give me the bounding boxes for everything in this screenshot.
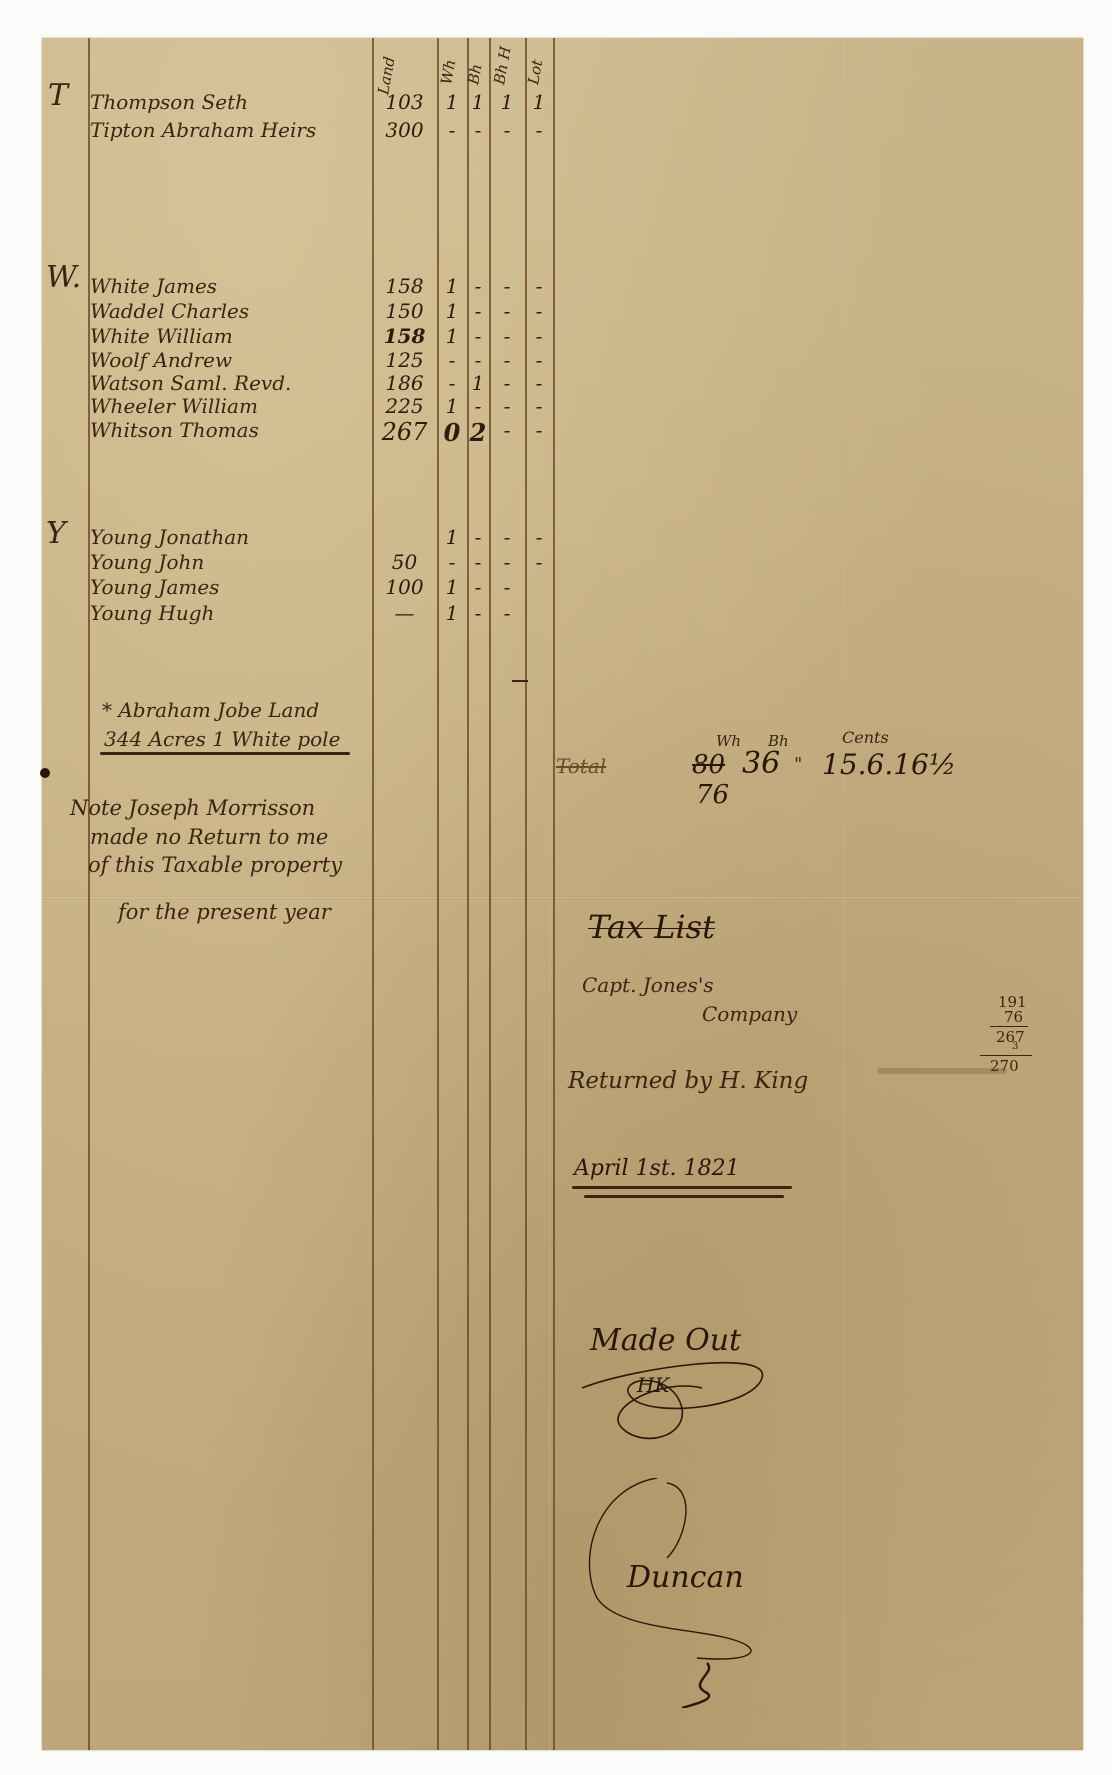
entry-name: Thompson Seth bbox=[90, 90, 320, 114]
note-line3: of this Taxable property bbox=[88, 853, 342, 877]
entry-bhh: - bbox=[489, 575, 525, 599]
note-line4: for the present year bbox=[118, 900, 331, 924]
entry-lot: - bbox=[525, 274, 553, 298]
entry-bhh: - bbox=[489, 525, 525, 549]
land-note-line1: * Abraham Jobe Land bbox=[102, 698, 319, 722]
entry-wh: 1 bbox=[437, 601, 467, 625]
entry-bh: - bbox=[467, 575, 489, 599]
entry-lot: - bbox=[525, 324, 553, 348]
entry-name: White James bbox=[90, 274, 320, 298]
entry-land: 300 bbox=[372, 118, 437, 142]
end-column-rule bbox=[553, 38, 555, 1750]
entry-bh: - bbox=[467, 324, 489, 348]
docket-line2: Company bbox=[702, 1002, 797, 1026]
docket-date: April 1st. 1821 bbox=[574, 1156, 740, 1181]
entry-bh: - bbox=[467, 348, 489, 372]
docket-line1: Capt. Jones's bbox=[582, 973, 714, 997]
section-letter-w: W. bbox=[46, 260, 81, 295]
total-cents-value: 15.6.16½ bbox=[822, 748, 956, 781]
entry-bhh: - bbox=[489, 550, 525, 574]
column-header-lot: Lot bbox=[524, 58, 546, 86]
entry-land: 103 bbox=[372, 90, 437, 114]
entry-lot: - bbox=[525, 550, 553, 574]
land-note-line2: 344 Acres 1 White pole bbox=[104, 727, 340, 751]
margin-sum-c: 3 bbox=[1012, 1041, 1018, 1052]
note-line1: Note Joseph Morrisson bbox=[70, 796, 315, 820]
ink-blot bbox=[40, 768, 50, 778]
entry-bhh: - bbox=[489, 299, 525, 323]
entry-lot: 1 bbox=[525, 90, 553, 114]
entry-wh: 1 bbox=[437, 274, 467, 298]
entry-wh: 1 bbox=[437, 525, 467, 549]
entry-land: 225 bbox=[372, 394, 437, 418]
column-header-wh: Wh bbox=[437, 58, 459, 86]
column-header-bhh: Bh H bbox=[490, 45, 514, 86]
faded-strike-mark bbox=[877, 1068, 1007, 1074]
entry-land: 158 bbox=[372, 274, 437, 298]
entry-lot: - bbox=[525, 348, 553, 372]
sum-line-1 bbox=[990, 1026, 1028, 1027]
entry-wh: 1 bbox=[437, 90, 467, 114]
land-note-underline bbox=[100, 752, 350, 755]
entry-land: 267 bbox=[372, 418, 437, 446]
entry-name: Wheeler William bbox=[90, 394, 320, 418]
total-separator: " bbox=[794, 754, 802, 775]
entry-bh: 1 bbox=[467, 371, 489, 395]
horizontal-fold bbox=[42, 896, 1083, 899]
entry-name: Whitson Thomas bbox=[90, 418, 320, 442]
entry-lot: - bbox=[525, 371, 553, 395]
entry-wh: 1 bbox=[437, 394, 467, 418]
margin-sum-subtotal: 267 bbox=[996, 1028, 1025, 1046]
flourish-initials-icon bbox=[572, 1348, 812, 1458]
entry-wh: - bbox=[437, 118, 467, 142]
docket-title: Tax List bbox=[588, 908, 715, 946]
column-header-bh: Bh bbox=[464, 63, 485, 86]
entry-bhh: - bbox=[489, 118, 525, 142]
entry-lot: - bbox=[525, 525, 553, 549]
entry-lot: - bbox=[525, 299, 553, 323]
total-header-cents: Cents bbox=[842, 728, 889, 747]
entry-wh: - bbox=[437, 550, 467, 574]
entry-bhh: - bbox=[489, 348, 525, 372]
entry-bh: - bbox=[467, 394, 489, 418]
entry-bhh: - bbox=[489, 394, 525, 418]
entry-wh: 1 bbox=[437, 299, 467, 323]
total-header-wh: Wh bbox=[716, 732, 741, 750]
note-line2: made no Return to me bbox=[90, 825, 328, 849]
docket-returned-by: Returned by H. King bbox=[568, 1068, 808, 1094]
entry-land: 186 bbox=[372, 371, 437, 395]
vertical-fold-right bbox=[842, 38, 845, 1750]
entry-lot: - bbox=[525, 118, 553, 142]
signature-name: Duncan bbox=[627, 1560, 744, 1595]
date-underline-2 bbox=[584, 1195, 784, 1198]
date-underline-1 bbox=[572, 1186, 792, 1189]
entry-bh: - bbox=[467, 118, 489, 142]
section-letter-t: T bbox=[48, 78, 68, 113]
total-label: Total bbox=[556, 754, 606, 778]
entry-land: 50 bbox=[372, 550, 437, 574]
entry-bhh: 1 bbox=[489, 90, 525, 114]
entry-bh: 1 bbox=[467, 90, 489, 114]
entry-lot: - bbox=[525, 418, 553, 442]
total-wh-value: 36 bbox=[742, 746, 780, 781]
entry-wh: 1 bbox=[437, 324, 467, 348]
entry-land: — bbox=[372, 601, 437, 625]
entry-lot: - bbox=[525, 394, 553, 418]
total-corrected-value: 76 bbox=[696, 780, 729, 810]
entry-name: Woolf Andrew bbox=[90, 348, 320, 372]
entry-bhh: - bbox=[489, 371, 525, 395]
entry-name: White William bbox=[90, 324, 320, 348]
stray-dash bbox=[512, 680, 528, 682]
sum-line-2 bbox=[980, 1055, 1032, 1056]
entry-name: Tipton Abraham Heirs bbox=[90, 118, 320, 142]
entry-bh: - bbox=[467, 525, 489, 549]
entry-land: 150 bbox=[372, 299, 437, 323]
entry-wh: 0 bbox=[437, 418, 467, 447]
signature-initials: HK bbox=[637, 1373, 669, 1397]
entry-bh: - bbox=[467, 274, 489, 298]
entry-bh: - bbox=[467, 299, 489, 323]
entry-bhh: - bbox=[489, 418, 525, 442]
entry-wh: 1 bbox=[437, 575, 467, 599]
entry-name: Young Hugh bbox=[90, 601, 320, 625]
entry-bhh: - bbox=[489, 324, 525, 348]
entry-wh: - bbox=[437, 348, 467, 372]
entry-wh: - bbox=[437, 371, 467, 395]
entry-name: Young Jonathan bbox=[90, 525, 320, 549]
entry-land: 158 bbox=[372, 324, 437, 348]
entry-name: Watson Saml. Revd. bbox=[90, 371, 320, 395]
total-struck-value: 80 bbox=[692, 750, 725, 780]
entry-bh: - bbox=[467, 550, 489, 574]
tax-list-paper: Land Wh Bh Bh H Lot T Thompson Seth 103 … bbox=[42, 38, 1083, 1750]
entry-bh: - bbox=[467, 601, 489, 625]
entry-name: Young John bbox=[90, 550, 320, 574]
entry-bh: 2 bbox=[467, 418, 489, 447]
section-letter-y: Y bbox=[46, 516, 66, 551]
entry-land: 100 bbox=[372, 575, 437, 599]
entry-land: 125 bbox=[372, 348, 437, 372]
entry-bhh: - bbox=[489, 274, 525, 298]
entry-name: Young James bbox=[90, 575, 320, 599]
entry-name: Waddel Charles bbox=[90, 299, 320, 323]
margin-sum-b: 76 bbox=[1004, 1008, 1023, 1026]
entry-bhh: - bbox=[489, 601, 525, 625]
